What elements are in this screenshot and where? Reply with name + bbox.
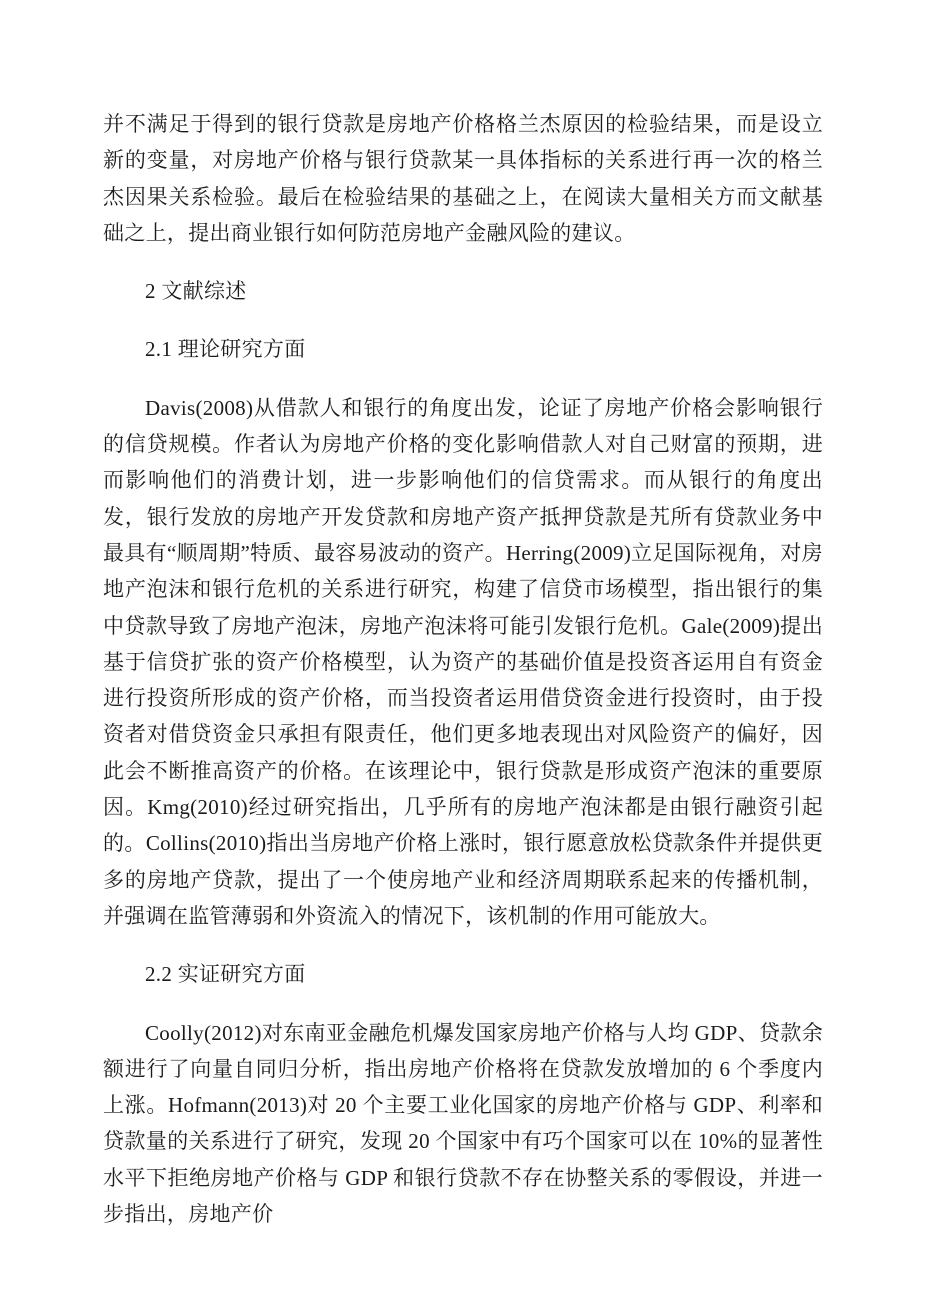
subsection-heading-theoretical-research: 2.1 理论研究方面 (103, 331, 823, 367)
section-heading-literature-review: 2 文献综述 (103, 273, 823, 309)
subsection-heading-empirical-research: 2.2 实证研究方面 (103, 956, 823, 992)
document-page: 并不满足于得到的银行贷款是房地产价格格兰杰原因的检验结果，而是设立新的变量，对房… (0, 0, 926, 1309)
body-paragraph-empirical: Coolly(2012)对东南亚金融危机爆发国家房地产价格与人均 GDP、贷款余… (103, 1015, 823, 1233)
body-paragraph-theoretical: Davis(2008)从借款人和银行的角度出发，论证了房地产价格会影响银行的信贷… (103, 390, 823, 934)
body-paragraph-continuation: 并不满足于得到的银行贷款是房地产价格格兰杰原因的检验结果，而是设立新的变量，对房… (103, 106, 823, 251)
text-column: 并不满足于得到的银行贷款是房地产价格格兰杰原因的检验结果，而是设立新的变量，对房… (103, 106, 823, 1232)
